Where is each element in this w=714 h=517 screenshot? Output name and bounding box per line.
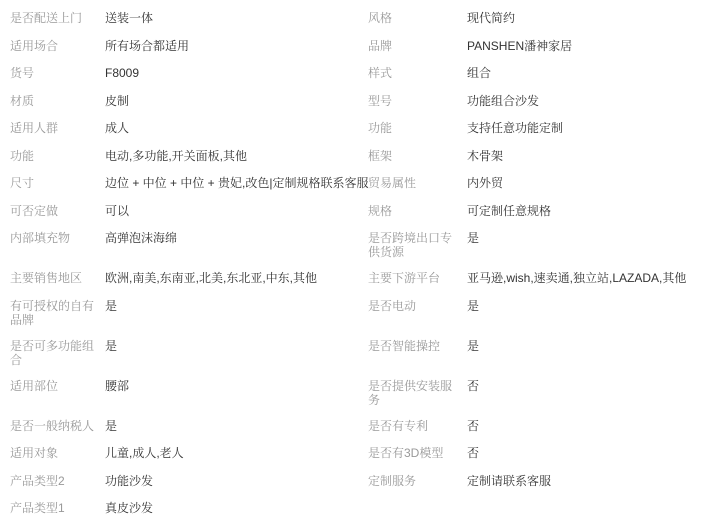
spec-label: 规格	[368, 198, 454, 224]
spec-row: 有可授权的自有品牌 是 是否电动 是	[10, 293, 714, 333]
spec-pair-right: 样式 组合	[368, 60, 714, 88]
spec-pair-left: 主要销售地区 欧洲,南美,东南亚,北美,东北亚,中东,其他	[10, 265, 368, 293]
spec-pair-left: 功能 电动,多功能,开关面板,其他	[10, 143, 368, 171]
spec-label: 适用场合	[10, 33, 96, 59]
spec-pair-left: 适用人群 成人	[10, 115, 368, 143]
spec-value: 儿童,成人,老人	[105, 440, 368, 468]
spec-label: 功能	[368, 115, 454, 141]
spec-value: 是	[467, 293, 714, 321]
spec-label: 是否可多功能组合	[10, 333, 96, 373]
spec-label: 型号	[368, 88, 454, 114]
spec-pair-right: 品牌 PANSHEN潘神家居	[368, 33, 714, 61]
spec-pair-right: 是否有3D模型 否	[368, 440, 714, 468]
spec-value: 电动,多功能,开关面板,其他	[105, 143, 368, 171]
spec-row: 可否定做 可以 规格 可定制任意规格	[10, 198, 714, 226]
spec-value: 定制请联系客服	[467, 468, 714, 496]
spec-value: 支持任意功能定制	[467, 115, 714, 143]
spec-pair-left: 适用部位 腰部	[10, 373, 368, 401]
spec-row: 是否可多功能组合 是 是否智能操控 是	[10, 333, 714, 373]
spec-label: 是否一般纳税人	[10, 413, 96, 439]
spec-pair-right: 规格 可定制任意规格	[368, 198, 714, 226]
spec-row: 尺寸 边位 + 中位 + 中位 + 贵妃,改色|定制规格联系客服 贸易属性 内外…	[10, 170, 714, 198]
spec-value: F8009	[105, 60, 368, 88]
spec-row: 是否一般纳税人 是 是否有专利 否	[10, 413, 714, 441]
spec-row: 主要销售地区 欧洲,南美,东南亚,北美,东北亚,中东,其他 主要下游平台 亚马逊…	[10, 265, 714, 293]
spec-row: 是否配送上门 送装一体 风格 现代简约	[10, 5, 714, 33]
spec-value: 亚马逊,wish,速卖通,独立站,LAZADA,其他	[467, 265, 714, 293]
spec-pair-left: 是否可多功能组合 是	[10, 333, 368, 373]
spec-value: 可定制任意规格	[467, 198, 714, 226]
spec-row: 适用对象 儿童,成人,老人 是否有3D模型 否	[10, 440, 714, 468]
spec-row: 内部填充物 高弹泡沫海绵 是否跨境出口专供货源 是	[10, 225, 714, 265]
spec-pair-right: 框架 木骨架	[368, 143, 714, 171]
spec-pair-right: 风格 现代简约	[368, 5, 714, 33]
spec-label: 定制服务	[368, 468, 454, 494]
spec-row: 材质 皮制 型号 功能组合沙发	[10, 88, 714, 116]
spec-value: 内外贸	[467, 170, 714, 198]
spec-label: 材质	[10, 88, 96, 114]
spec-pair-left: 尺寸 边位 + 中位 + 中位 + 贵妃,改色|定制规格联系客服	[10, 170, 368, 198]
spec-pair-left: 适用场合 所有场合都适用	[10, 33, 368, 61]
spec-label: 是否有专利	[368, 413, 454, 439]
spec-value: PANSHEN潘神家居	[467, 33, 714, 61]
spec-pair-right: 功能 支持任意功能定制	[368, 115, 714, 143]
spec-pair-left: 产品类型1 真皮沙发	[10, 495, 368, 517]
spec-value: 木骨架	[467, 143, 714, 171]
spec-row: 产品类型2 功能沙发 定制服务 定制请联系客服	[10, 468, 714, 496]
spec-value: 是	[105, 333, 368, 361]
spec-row: 适用场合 所有场合都适用 品牌 PANSHEN潘神家居	[10, 33, 714, 61]
spec-label: 是否提供安装服务	[368, 373, 454, 413]
spec-value: 是	[105, 293, 368, 321]
spec-row: 适用人群 成人 功能 支持任意功能定制	[10, 115, 714, 143]
spec-label: 产品类型2	[10, 468, 96, 494]
spec-label: 是否配送上门	[10, 5, 96, 31]
spec-row: 产品类型1 真皮沙发	[10, 495, 714, 517]
spec-pair-left: 货号 F8009	[10, 60, 368, 88]
spec-label: 有可授权的自有品牌	[10, 293, 96, 333]
spec-value: 否	[467, 413, 714, 441]
spec-value: 功能沙发	[105, 468, 368, 496]
spec-row: 功能 电动,多功能,开关面板,其他 框架 木骨架	[10, 143, 714, 171]
spec-label: 内部填充物	[10, 225, 96, 251]
spec-label: 主要销售地区	[10, 265, 96, 291]
spec-value: 所有场合都适用	[105, 33, 368, 61]
spec-label: 主要下游平台	[368, 265, 454, 291]
spec-value: 边位 + 中位 + 中位 + 贵妃,改色|定制规格联系客服	[105, 170, 368, 198]
spec-label: 是否电动	[368, 293, 454, 319]
spec-label: 品牌	[368, 33, 454, 59]
spec-row: 适用部位 腰部 是否提供安装服务 否	[10, 373, 714, 413]
spec-pair-right: 是否有专利 否	[368, 413, 714, 441]
spec-pair-left: 材质 皮制	[10, 88, 368, 116]
spec-label: 是否跨境出口专供货源	[368, 225, 454, 265]
spec-pair-right: 是否智能操控 是	[368, 333, 714, 361]
product-attributes-table: 是否配送上门 送装一体 风格 现代简约 适用场合 所有场合都适用 品牌 PANS…	[0, 0, 714, 517]
spec-pair-left: 产品类型2 功能沙发	[10, 468, 368, 496]
spec-value: 是	[467, 225, 714, 253]
spec-label: 适用对象	[10, 440, 96, 466]
spec-value: 是	[105, 413, 368, 441]
spec-value: 否	[467, 373, 714, 401]
spec-pair-right: 是否电动 是	[368, 293, 714, 321]
spec-value: 欧洲,南美,东南亚,北美,东北亚,中东,其他	[105, 265, 368, 293]
spec-label: 功能	[10, 143, 96, 169]
spec-pair-left: 内部填充物 高弹泡沫海绵	[10, 225, 368, 253]
spec-label: 尺寸	[10, 170, 96, 196]
spec-pair-left: 是否配送上门 送装一体	[10, 5, 368, 33]
spec-label: 框架	[368, 143, 454, 169]
spec-value: 成人	[105, 115, 368, 143]
spec-value: 腰部	[105, 373, 368, 401]
spec-pair-right: 是否提供安装服务 否	[368, 373, 714, 413]
spec-pair-left: 有可授权的自有品牌 是	[10, 293, 368, 333]
spec-value: 皮制	[105, 88, 368, 116]
spec-pair-right: 是否跨境出口专供货源 是	[368, 225, 714, 265]
spec-value: 真皮沙发	[105, 495, 368, 517]
spec-label: 是否智能操控	[368, 333, 454, 359]
spec-row: 货号 F8009 样式 组合	[10, 60, 714, 88]
spec-value: 可以	[105, 198, 368, 226]
spec-pair-right: 定制服务 定制请联系客服	[368, 468, 714, 496]
spec-value: 组合	[467, 60, 714, 88]
spec-label: 贸易属性	[368, 170, 454, 196]
spec-value: 是	[467, 333, 714, 361]
spec-label: 样式	[368, 60, 454, 86]
spec-label: 货号	[10, 60, 96, 86]
spec-pair-left: 可否定做 可以	[10, 198, 368, 226]
spec-pair-right: 型号 功能组合沙发	[368, 88, 714, 116]
spec-pair-right: 主要下游平台 亚马逊,wish,速卖通,独立站,LAZADA,其他	[368, 265, 714, 293]
spec-label: 适用部位	[10, 373, 96, 399]
spec-pair-left: 适用对象 儿童,成人,老人	[10, 440, 368, 468]
spec-label: 可否定做	[10, 198, 96, 224]
spec-value: 送装一体	[105, 5, 368, 33]
spec-pair-left: 是否一般纳税人 是	[10, 413, 368, 441]
spec-value: 现代简约	[467, 5, 714, 33]
spec-value: 功能组合沙发	[467, 88, 714, 116]
spec-value: 高弹泡沫海绵	[105, 225, 368, 253]
spec-label: 适用人群	[10, 115, 96, 141]
spec-pair-right: 贸易属性 内外贸	[368, 170, 714, 198]
spec-value: 否	[467, 440, 714, 468]
spec-label: 风格	[368, 5, 454, 31]
spec-label: 是否有3D模型	[368, 440, 454, 466]
spec-label: 产品类型1	[10, 495, 96, 517]
